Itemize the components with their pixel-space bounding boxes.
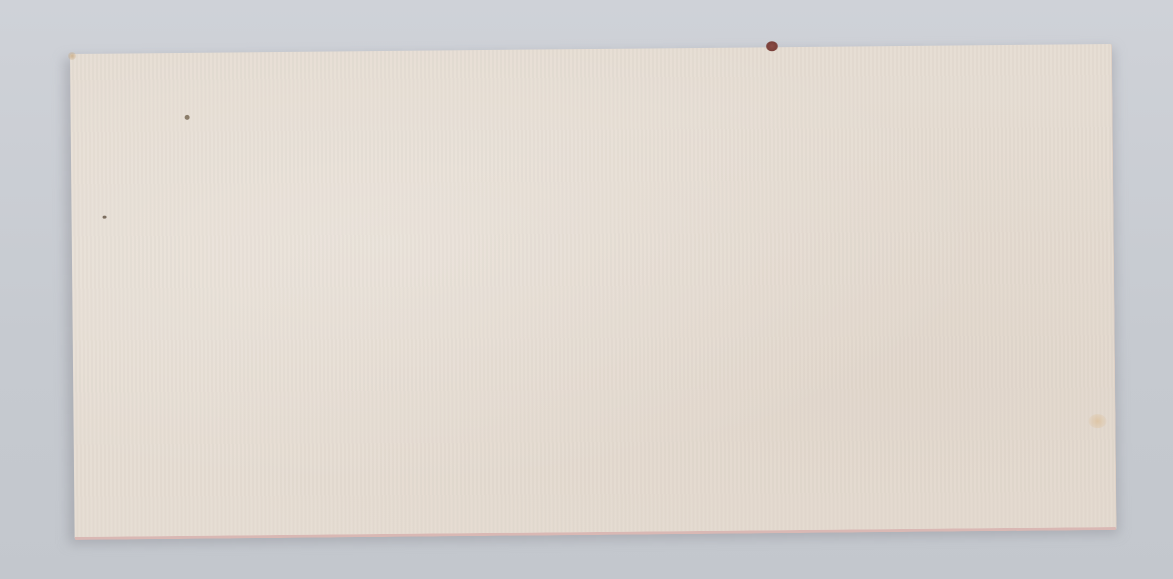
background-surface [0,0,1173,579]
corner-wear [68,52,76,60]
brown-spot [766,41,778,51]
stain [1089,414,1107,428]
speck [185,115,190,120]
speck [103,216,107,219]
blank-card [70,44,1117,540]
